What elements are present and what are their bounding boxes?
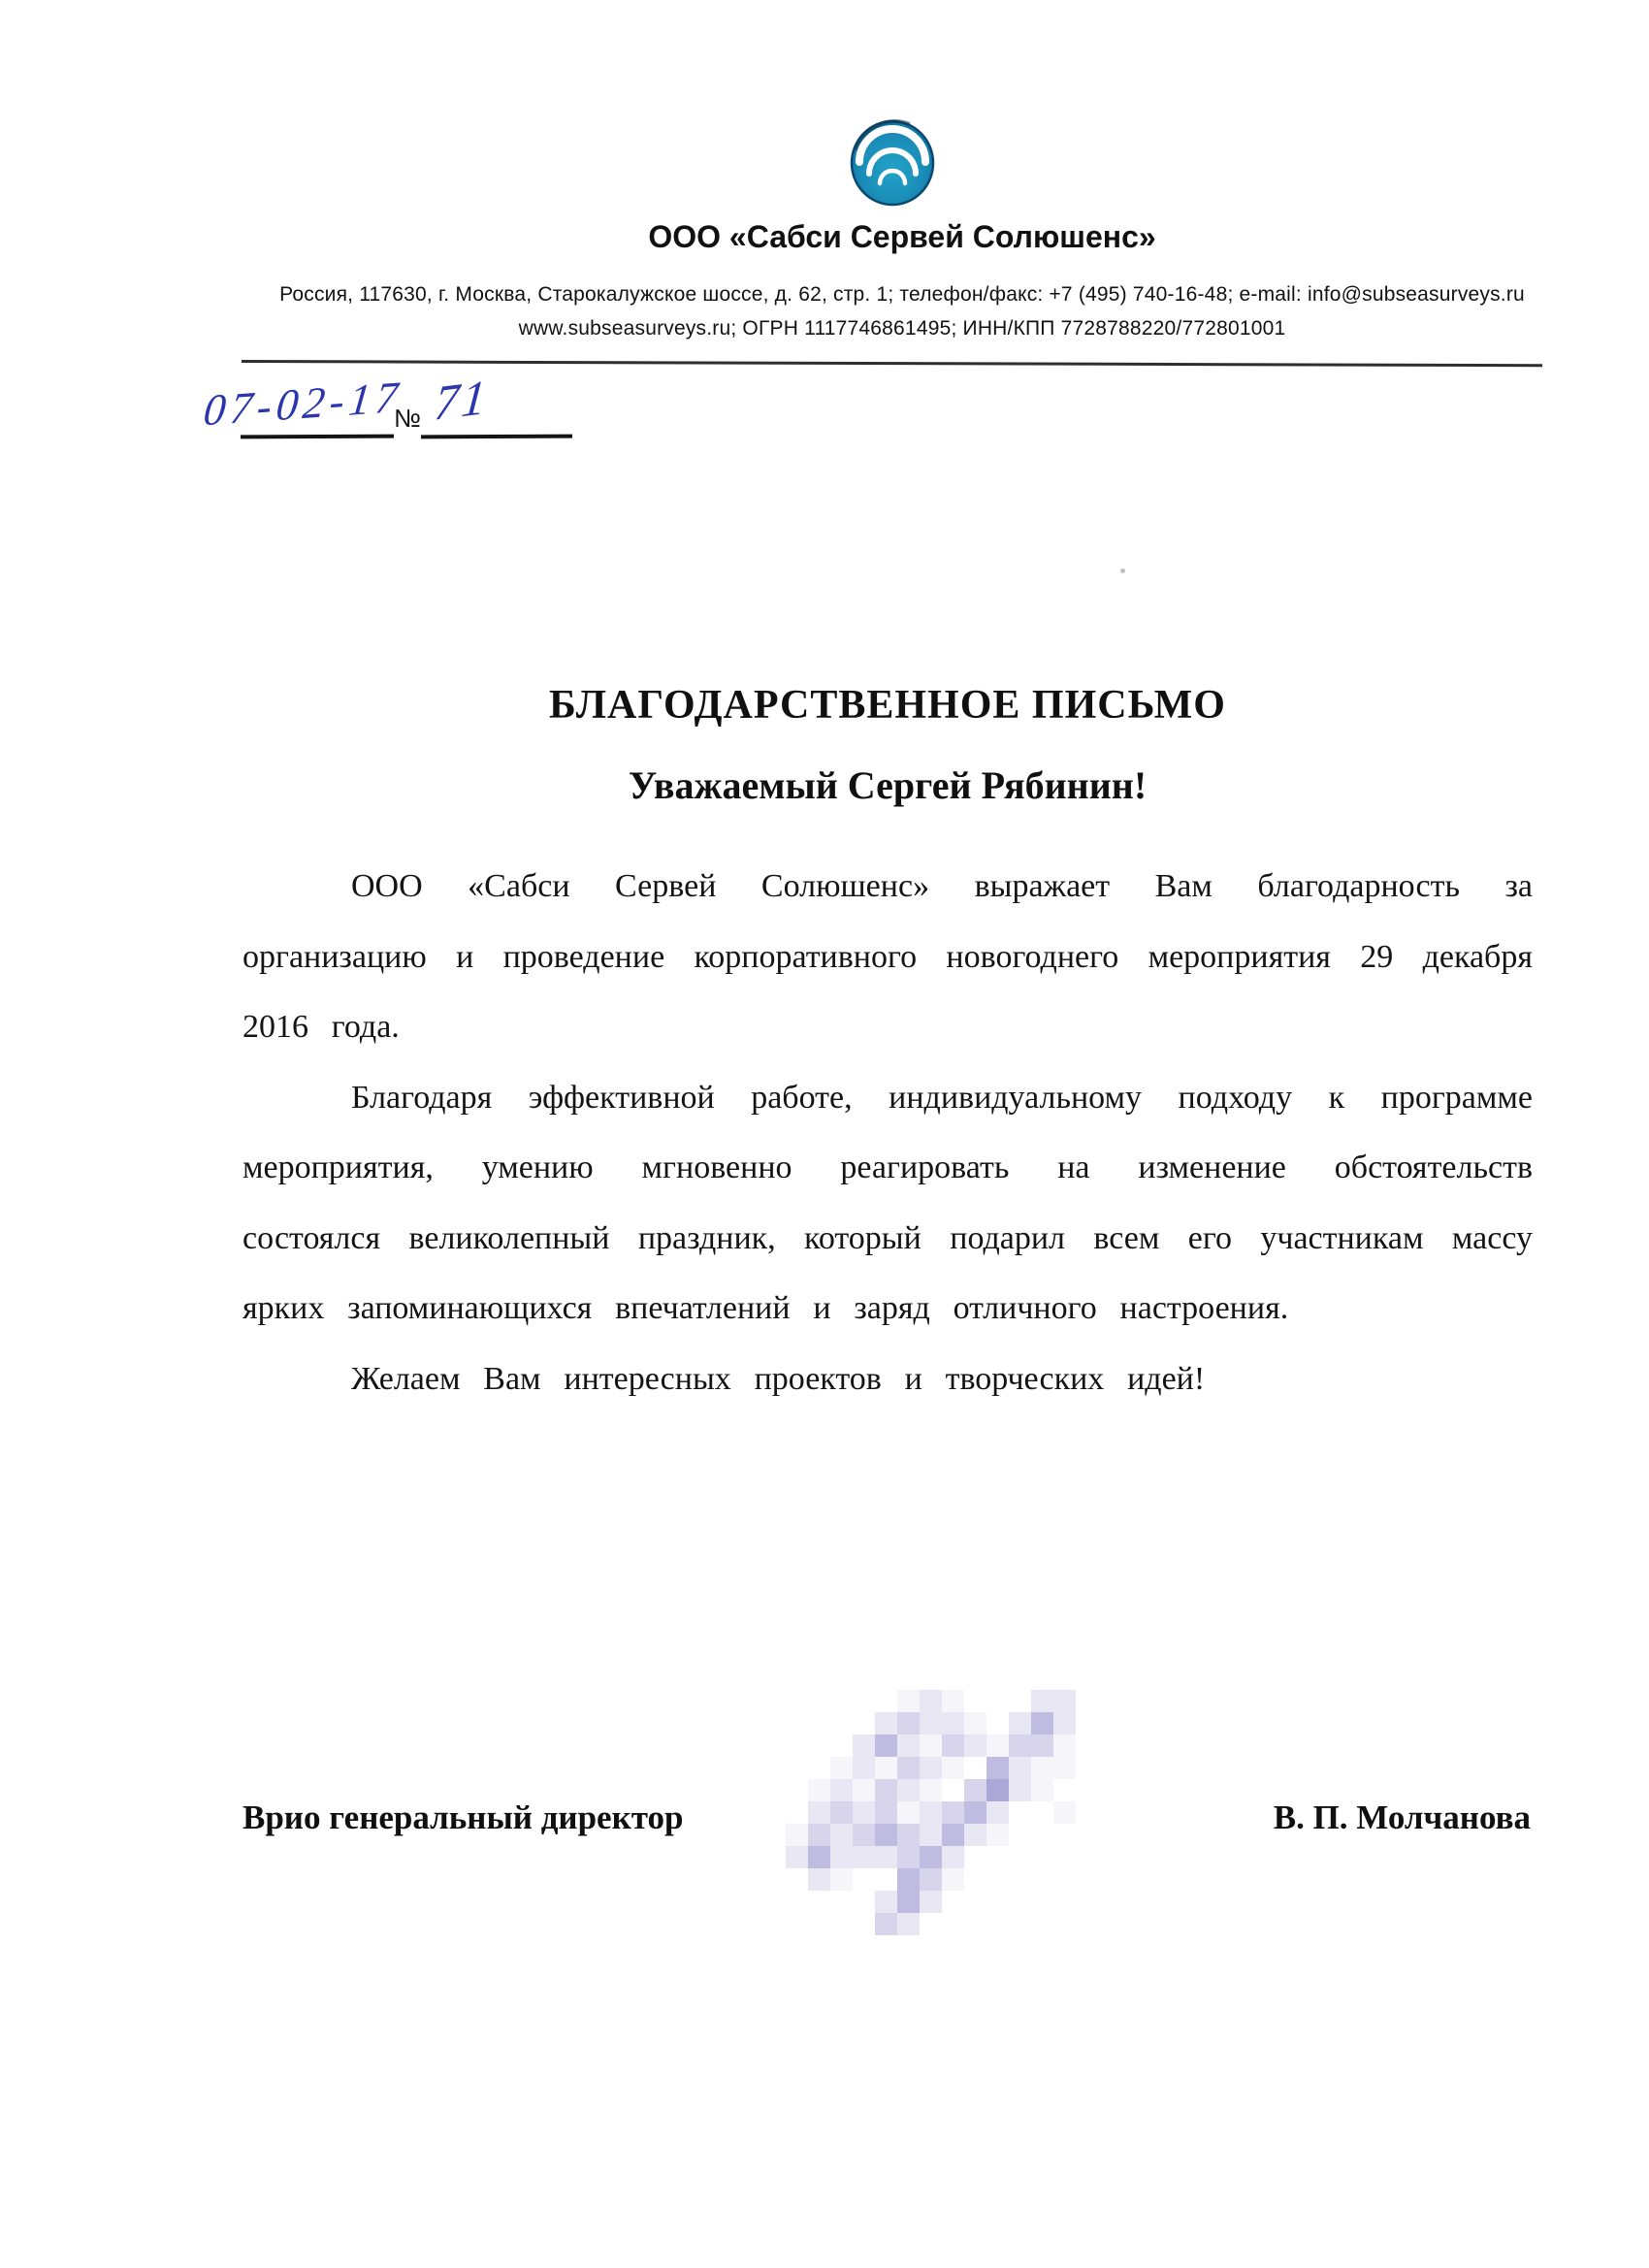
letter-title: БЛАГОДАРСТВЕННОЕ ПИСЬМО <box>242 682 1533 729</box>
signatory-name: В. П. Молчанова <box>1274 1798 1531 1837</box>
scan-artifact-dot <box>1120 568 1125 573</box>
company-logo <box>850 119 935 207</box>
company-registration-line: www.subseasurveys.ru; ОГРН 1117746861495… <box>87 317 1649 340</box>
outgoing-number-handwritten: 71 <box>433 368 492 432</box>
body-paragraph-3: Желаем Вам интересных проектов и творчес… <box>242 1345 1533 1415</box>
number-sign: № <box>394 404 421 434</box>
number-underline <box>421 435 572 439</box>
letterhead-divider-rule <box>242 360 1542 367</box>
outgoing-date-handwritten: 07-02-17 <box>201 372 404 437</box>
body-paragraph-2: Благодаря эффективной работе, индивидуал… <box>242 1063 1533 1345</box>
signatory-position-title: Врио генеральный директор <box>242 1798 683 1837</box>
sonar-waves-icon <box>850 119 935 207</box>
date-underline <box>241 435 394 439</box>
pixelated-signature <box>786 1690 1076 1935</box>
letter-body: ООО «Сабси Сервей Солюшенс» выражает Вам… <box>242 852 1533 1414</box>
salutation: Уважаемый Сергей Рябинин! <box>242 762 1533 808</box>
company-address-line: Россия, 117630, г. Москва, Старокалужско… <box>87 283 1649 307</box>
body-paragraph-1: ООО «Сабси Сервей Солюшенс» выражает Вам… <box>242 852 1533 1063</box>
scanned-letter-page: ООО «Сабси Сервей Солюшенс» Россия, 1176… <box>0 0 1649 2268</box>
company-name: ООО «Сабси Сервей Солюшенс» <box>145 219 1649 255</box>
